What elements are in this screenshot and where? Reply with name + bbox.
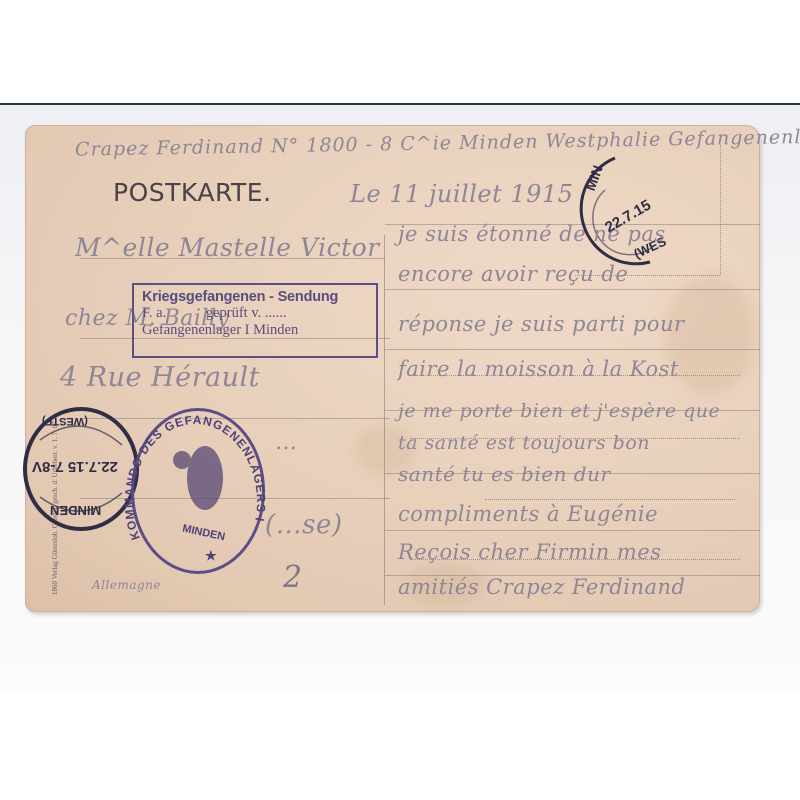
stamp-box-edge [720, 145, 721, 275]
message-line: amitiés Crapez Ferdinand [398, 575, 685, 599]
postmark-left-date: 22.7.15 7-8V [32, 458, 118, 475]
message-line: Reçois cher Firmin mes [398, 540, 662, 564]
censor-fa: F. a. [142, 305, 166, 321]
message-dotted-rule [485, 499, 735, 500]
message-line: ta santé est toujours bon [398, 432, 650, 454]
address-corner-note: Allemagne [92, 578, 161, 592]
censor-line-1: Kriegsgefangenen - Sendung [142, 289, 368, 305]
message-rule [385, 349, 760, 350]
postmark-top: MIN 22.7.15 (WES [575, 150, 695, 270]
censor-stamp: Kriegsgefangenen - Sendung F. a. geprüft… [132, 283, 378, 358]
camp-seal-text-ring: KOMMANDO DES GEFANGENENLAGERS I [110, 398, 280, 578]
message-line: je suis étonné de ne pas [398, 222, 666, 246]
address-line-3: 4 Rue Hérault [60, 362, 260, 393]
message-line: compliments à Eugénie [398, 502, 658, 526]
address-message-divider [384, 235, 385, 605]
postmark-left-region: (WESTF) [42, 415, 88, 427]
eagle-icon [173, 446, 223, 510]
message-line: encore avoir reçu de [398, 262, 628, 286]
message-rule [385, 530, 760, 531]
censor-line-3: Gefangenenlager I Minden [142, 322, 368, 339]
postcard-title: POSTKARTE. [113, 178, 272, 207]
star-icon: ★ [205, 548, 217, 564]
message-line: je me porte bien et j'espère que [398, 400, 720, 422]
message-line: réponse je suis parti pour [398, 312, 685, 336]
censor-line-2: F. a. geprüft v. ...... [142, 305, 368, 322]
message-date: Le 11 juillet 1915 [350, 180, 573, 208]
censor-geprueft: geprüft v. ...... [206, 305, 287, 321]
message-line: faire la moisson à la Kost [398, 357, 679, 381]
address-mark: 2 [283, 560, 303, 595]
message-rule [385, 289, 760, 290]
address-line-1: M^elle Mastelle Victor [75, 233, 380, 262]
message-line: santé tu es bien dur [398, 462, 611, 486]
postmark-left-town: MINDEN [50, 503, 101, 518]
